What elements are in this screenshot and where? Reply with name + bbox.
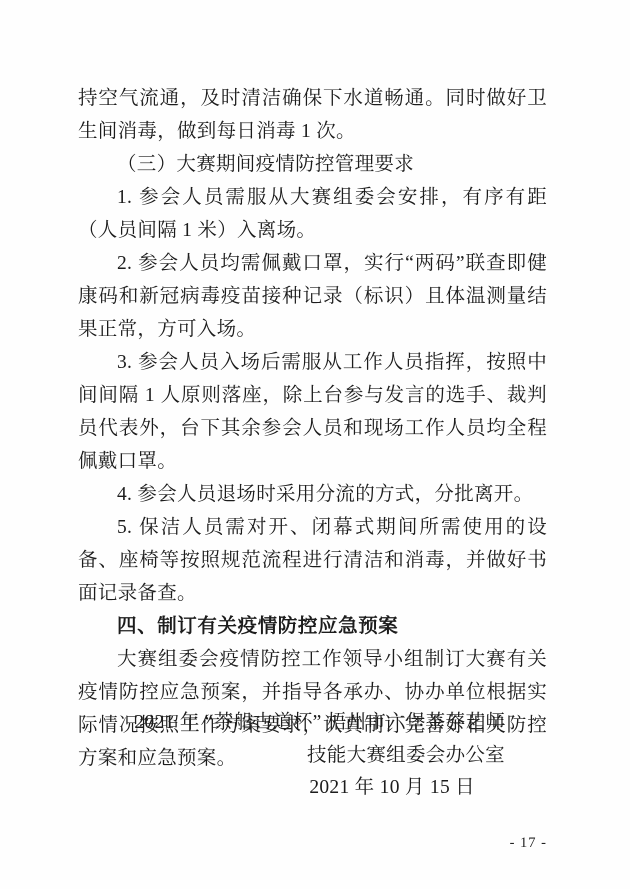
list-item-2: 2. 参会人员均需佩戴口罩，实行“两码”联查即健康码和新冠病毒疫苗接种记录（标识…	[78, 247, 547, 346]
document-page: 持空气流通，及时清洁确保下水道畅通。同时做好卫生间消毒，做到每日消毒 1 次。 …	[0, 0, 630, 889]
signature-date: 2021 年 10 月 15 日	[309, 771, 475, 804]
list-item-3: 3. 参会人员入场后需服从工作人员指挥，按照中间间隔 1 人原则落座，除上台参与…	[78, 346, 547, 478]
signature-organization-line2: 技能大赛组委会办公室	[307, 739, 505, 772]
subheading-section-three: （三）大赛期间疫情防控管理要求	[78, 148, 547, 181]
list-item-4: 4. 参会人员退场时采用分流的方式，分批离开。	[78, 478, 547, 511]
list-item-1: 1. 参会人员需服从大赛组委会安排，有序有距（人员间隔 1 米）入离场。	[78, 181, 547, 247]
signature-organization-line1: 2021 年 “茶船古道杯” 梧州市六堡茶茶艺师	[134, 706, 505, 739]
document-body: 持空气流通，及时清洁确保下水道畅通。同时做好卫生间消毒，做到每日消毒 1 次。 …	[78, 82, 547, 775]
list-item-5: 5. 保洁人员需对开、闭幕式期间所需使用的设备、座椅等按照规范流程进行清洁和消毒…	[78, 511, 547, 610]
paragraph-continuation: 持空气流通，及时清洁确保下水道畅通。同时做好卫生间消毒，做到每日消毒 1 次。	[78, 82, 547, 148]
heading-section-four: 四、制订有关疫情防控应急预案	[78, 610, 547, 643]
page-number: - 17 -	[510, 834, 547, 852]
signature-block: 2021 年 “茶船古道杯” 梧州市六堡茶茶艺师 技能大赛组委会办公室 2021…	[78, 706, 547, 804]
